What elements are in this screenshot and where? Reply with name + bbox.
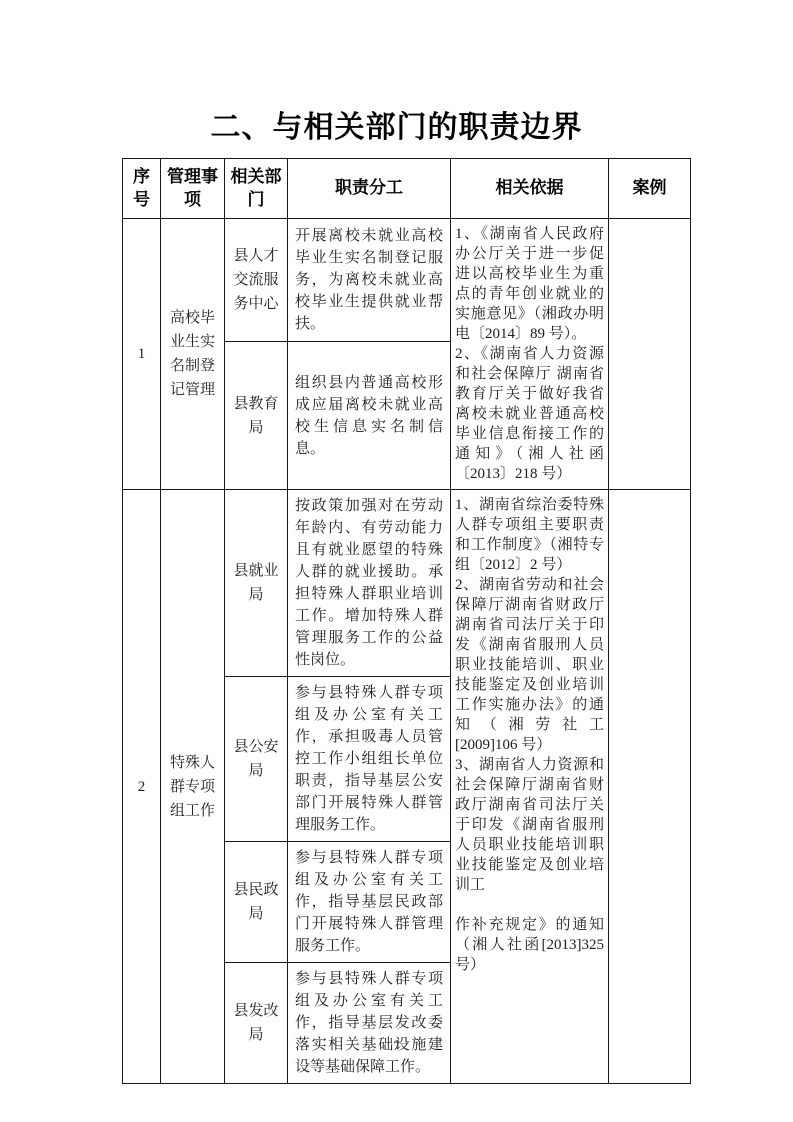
header-matter: 管理事项 [161, 159, 225, 219]
matter-cell-2: 特殊人群专项组工作 [161, 490, 225, 1084]
dept-cell-education-bureau: 县教育局 [225, 342, 288, 490]
page-number: 7 [0, 1038, 793, 1054]
duty-cell-civil-affairs-bureau: 参与县特殊人群专项组及办公室有关工作，指导基层民政部门开展特殊人群管理服务工作。 [288, 842, 451, 963]
table-row: 1 高校毕业生实名制登记管理 县人才交流服务中心 开展离校未就业高校毕业生实名制… [123, 219, 691, 342]
dept-cell-public-security-bureau: 县公安局 [225, 677, 288, 842]
dept-cell-employment-bureau: 县就业局 [225, 490, 288, 677]
duty-cell-talent-center: 开展离校未就业高校毕业生实名制登记服务，为离校未就业高校毕业生提供就业帮扶。 [288, 219, 451, 342]
duty-cell-education-bureau: 组织县内普通高校形成应届离校未就业高校生信息实名制信息。 [288, 342, 451, 490]
table-row: 2 特殊人群专项组工作 县就业局 按政策加强对在劳动年龄内、有劳动能力且有就业愿… [123, 490, 691, 677]
header-seq: 序号 [123, 159, 161, 219]
page-title: 二、与相关部门的职责边界 [0, 102, 793, 146]
header-case: 案例 [609, 159, 691, 219]
header-department: 相关部门 [225, 159, 288, 219]
seq-cell-1: 1 [123, 219, 161, 490]
basis-cell-1: 1、《湖南省人民政府办公厅关于进一步促进以高校毕业生为重点的青年创业就业的实施意… [451, 219, 609, 490]
duty-cell-development-reform-bureau: 参与县特殊人群专项组及办公室有关工作，指导基层发改委落实相关基础设施建设等基础保… [288, 963, 451, 1084]
matter-cell-1: 高校毕业生实名制登记管理 [161, 219, 225, 490]
duty-cell-employment-bureau: 按政策加强对在劳动年龄内、有劳动能力且有就业愿望的特殊人群的就业援助。承担特殊人… [288, 490, 451, 677]
responsibility-boundary-table: 序号 管理事项 相关部门 职责分工 相关依据 案例 1 高校毕业生实名制登记管理… [122, 158, 691, 1084]
dept-cell-development-reform-bureau: 县发改局 [225, 963, 288, 1084]
dept-cell-talent-center: 县人才交流服务中心 [225, 219, 288, 342]
table-header-row: 序号 管理事项 相关部门 职责分工 相关依据 案例 [123, 159, 691, 219]
case-cell-2 [609, 490, 691, 1084]
seq-cell-2: 2 [123, 490, 161, 1084]
case-cell-1 [609, 219, 691, 490]
document-page: 二、与相关部门的职责边界 序号 管理事项 相关部门 职责分工 相关依据 案例 1 [0, 0, 793, 1122]
dept-cell-civil-affairs-bureau: 县民政局 [225, 842, 288, 963]
basis-cell-2: 1、湖南省综治委特殊人群专项组主要职责和工作制度》（湘特专组〔2012〕2 号）… [451, 490, 609, 1084]
header-basis: 相关依据 [451, 159, 609, 219]
header-duty: 职责分工 [288, 159, 451, 219]
duty-cell-public-security-bureau: 参与县特殊人群专项组及办公室有关工作，承担吸毒人员管控工作小组组长单位职责，指导… [288, 677, 451, 842]
